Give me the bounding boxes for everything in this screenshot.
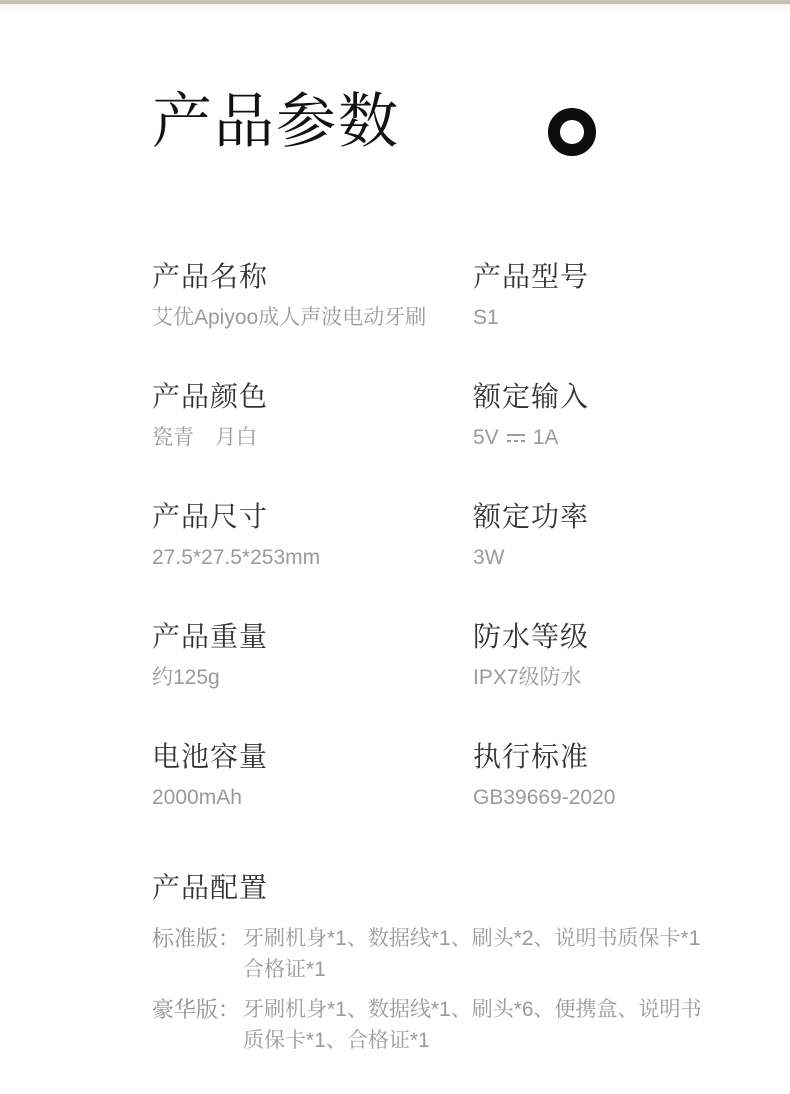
spec-item-battery-capacity: 电池容量 2000mAh: [152, 741, 473, 809]
spec-item-waterproof-rating: 防水等级 IPX7级防水: [473, 621, 730, 689]
spec-value: 约125g: [152, 666, 473, 689]
spec-label: 执行标准: [473, 741, 730, 773]
config-edition-contents: 牙刷机身*1、数据线*1、刷头*2、说明书质保卡*1 合格证*1: [243, 923, 730, 985]
ring-icon: [548, 108, 596, 156]
spec-value: 瓷青 月白: [152, 426, 473, 449]
product-spec-page: 产品参数 产品名称 艾优Apiyoo成人声波电动牙刷 产品型号 S1 产品颜色 …: [0, 0, 790, 1056]
spec-item-product-weight: 产品重量 约125g: [152, 621, 473, 689]
spec-item-product-model: 产品型号 S1: [473, 261, 730, 329]
spec-item-product-color: 产品颜色 瓷青 月白: [152, 381, 473, 449]
config-edition-contents: 牙刷机身*1、数据线*1、刷头*6、便携盒、说明书 质保卡*1、合格证*1: [243, 994, 730, 1056]
rated-input-current: 1A: [533, 426, 559, 449]
spec-label: 产品尺寸: [152, 501, 473, 533]
top-edge-fade: [0, 4, 790, 13]
spec-value: S1: [473, 306, 730, 329]
config-edition-label: 标准版：: [152, 923, 243, 985]
rated-input-voltage: 5V: [473, 426, 499, 449]
spec-item-rated-power: 额定功率 3W: [473, 501, 730, 569]
configuration-title: 产品配置: [152, 872, 730, 904]
spec-value: 27.5*27.5*253mm: [152, 546, 473, 569]
spec-value: 艾优Apiyoo成人声波电动牙刷: [152, 306, 473, 329]
spec-value: 3W: [473, 546, 730, 569]
config-item-deluxe-edition: 豪华版： 牙刷机身*1、数据线*1、刷头*6、便携盒、说明书 质保卡*1、合格证…: [152, 994, 730, 1056]
spec-label: 产品名称: [152, 261, 473, 293]
spec-label: 产品型号: [473, 261, 730, 293]
spec-label: 产品重量: [152, 621, 473, 653]
config-item-standard-edition: 标准版： 牙刷机身*1、数据线*1、刷头*2、说明书质保卡*1 合格证*1: [152, 923, 730, 985]
configuration-items: 标准版： 牙刷机身*1、数据线*1、刷头*2、说明书质保卡*1 合格证*1 豪华…: [152, 923, 730, 1056]
configuration-section: 产品配置 标准版： 牙刷机身*1、数据线*1、刷头*2、说明书质保卡*1 合格证…: [152, 872, 730, 1056]
config-edition-label: 豪华版：: [152, 994, 243, 1056]
spec-item-product-name: 产品名称 艾优Apiyoo成人声波电动牙刷: [152, 261, 473, 329]
spec-item-product-size: 产品尺寸 27.5*27.5*253mm: [152, 501, 473, 569]
spec-item-standard: 执行标准 GB39669-2020: [473, 741, 730, 809]
spec-value: 2000mAh: [152, 786, 473, 809]
spec-label: 额定输入: [473, 381, 730, 413]
spec-item-rated-input: 额定输入 5V 1A: [473, 381, 730, 449]
header: 产品参数: [152, 13, 730, 153]
page-body: 产品参数 产品名称 艾优Apiyoo成人声波电动牙刷 产品型号 S1 产品颜色 …: [0, 13, 790, 1056]
spec-label: 额定功率: [473, 501, 730, 533]
spec-label: 产品颜色: [152, 381, 473, 413]
spec-value: 5V 1A: [473, 426, 730, 449]
spec-value: GB39669-2020: [473, 786, 730, 809]
page-title: 产品参数: [152, 13, 730, 153]
spec-grid: 产品名称 艾优Apiyoo成人声波电动牙刷 产品型号 S1 产品颜色 瓷青 月白…: [152, 261, 730, 809]
spec-label: 防水等级: [473, 621, 730, 653]
spec-label: 电池容量: [152, 741, 473, 773]
spec-value: IPX7级防水: [473, 666, 730, 689]
dc-symbol-icon: [507, 432, 525, 444]
